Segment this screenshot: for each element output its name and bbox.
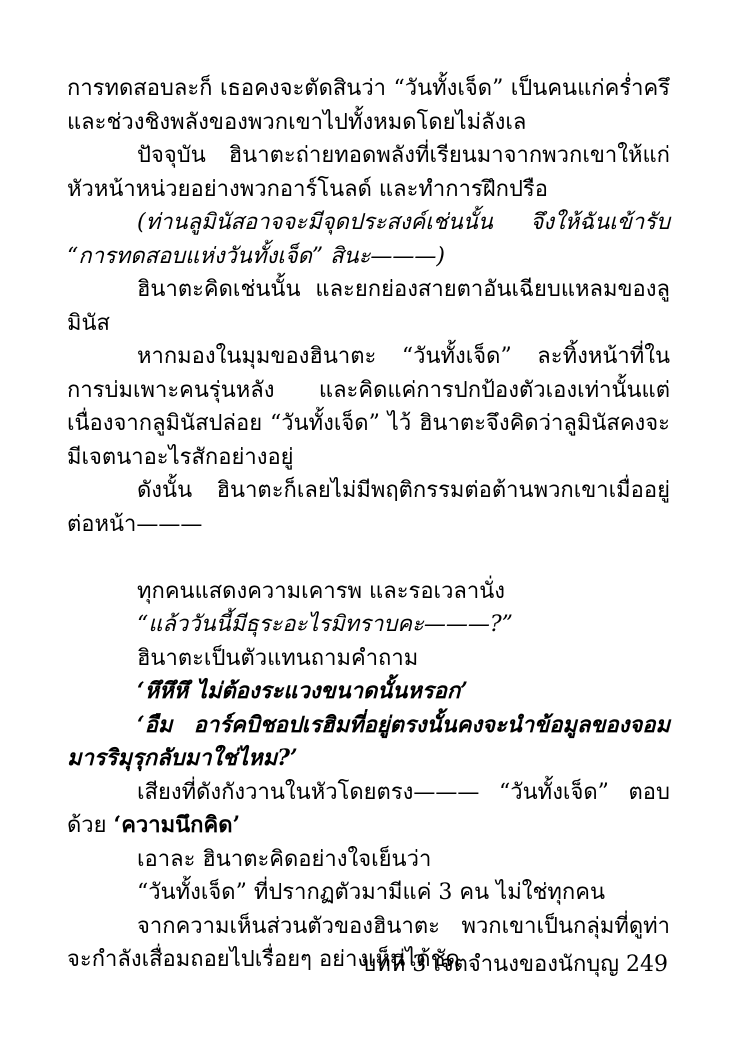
paragraph: เสียงที่ดังกังวานในหัวโดยตรง——— “วันทั้ง…	[67, 776, 670, 843]
paragraph: “วันทั้งเจ็ด” ที่ปรากฏตัวมามีแค่ 3 คน ไม…	[67, 876, 670, 910]
paragraph-break	[67, 541, 670, 575]
paragraph: เอาละ ฮินาตะคิดอย่างใจเย็นว่า	[67, 843, 670, 877]
paragraph: ทุกคนแสดงความเคารพ และรอเวลานั่ง	[67, 575, 670, 609]
page-footer: บทที่ 3 เจตจำนงของนักบุญ 249	[362, 948, 668, 982]
paragraph-segment: ‘ความนึกคิด’	[114, 812, 241, 838]
paragraph: ‘หึหึหึ ไม่ต้องระแวงขนาดนั้นหรอก’	[67, 675, 670, 709]
paragraph: ฮินาตะเป็นตัวแทนถามคำถาม	[67, 642, 670, 676]
paragraph: หากมองในมุมของฮินาตะ “วันทั้งเจ็ด” ละทิ้…	[67, 340, 670, 474]
paragraph: ดังนั้น ฮินาตะก็เลยไม่มีพฤติกรรมต่อต้านพ…	[67, 474, 670, 541]
paragraph: ‘อืม อาร์คบิชอปเรฮิมที่อยู่ตรงนั้นคงจะนำ…	[67, 709, 670, 776]
body-text: การทดสอบละก็ เธอคงจะตัดสินว่า “วันทั้งเจ…	[67, 72, 670, 977]
paragraph: ฮินาตะคิดเช่นนั้น และยกย่องสายตาอันเฉียบ…	[67, 273, 670, 340]
book-page: การทดสอบละก็ เธอคงจะตัดสินว่า “วันทั้งเจ…	[0, 0, 738, 1051]
paragraph: “แล้ววันนี้มีธุระอะไรมิทราบคะ———?”	[67, 608, 670, 642]
paragraph: การทดสอบละก็ เธอคงจะตัดสินว่า “วันทั้งเจ…	[67, 72, 670, 139]
paragraph: (ท่านลูมินัสอาจจะมีจุดประสงค์เช่นนั้น จึ…	[67, 206, 670, 273]
paragraph: ปัจจุบัน ฮินาตะถ่ายทอดพลังที่เรียนมาจากพ…	[67, 139, 670, 206]
